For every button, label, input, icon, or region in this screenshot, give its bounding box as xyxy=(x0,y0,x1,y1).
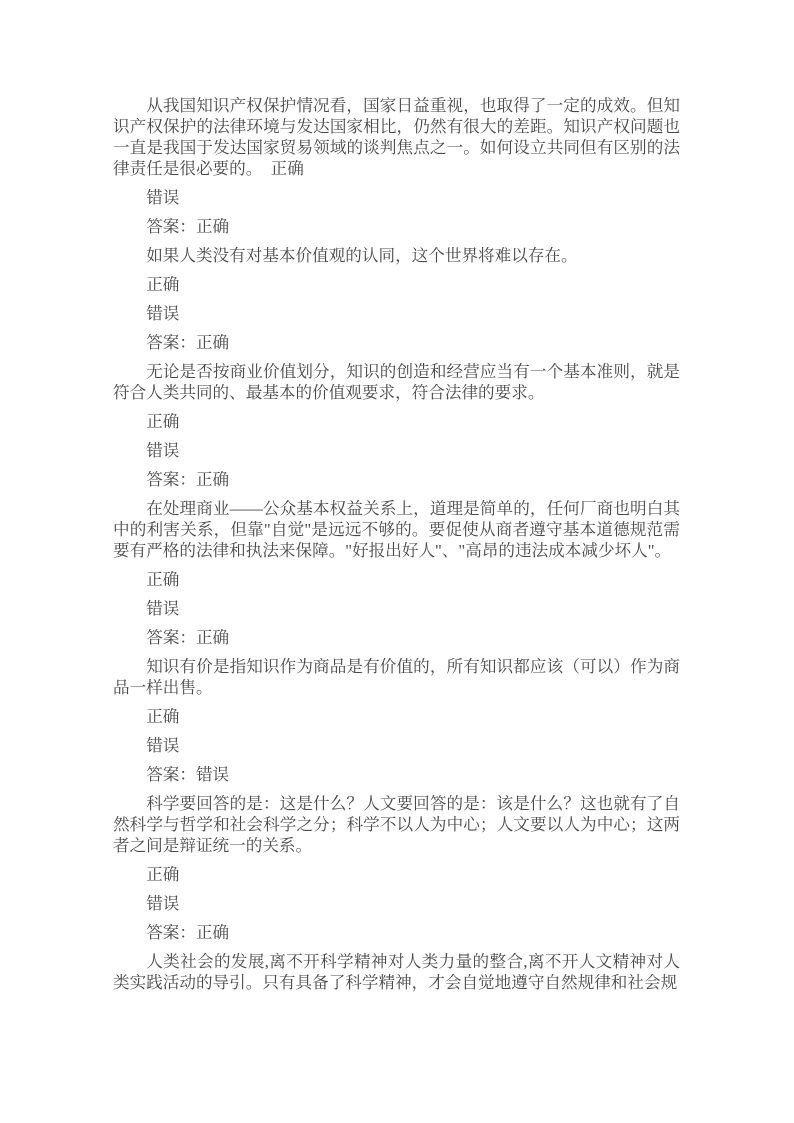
answer-line: 答案：正确 xyxy=(113,332,680,353)
document-content: 从我国知识产权保护情况看，国家日益重视，也取得了一定的成效。但知识产权保护的法律… xyxy=(113,95,680,1001)
answer-option: 错误 xyxy=(113,735,680,756)
answer-option: 错误 xyxy=(113,303,680,324)
answer-option: 正确 xyxy=(113,274,680,295)
question-statement: 人类社会的发展,离不开科学精神对人类力量的整合,离不开人文精神对人类实践活动的导… xyxy=(113,951,680,993)
answer-line: 答案：正确 xyxy=(113,627,680,648)
answer-line: 答案：正确 xyxy=(113,216,680,237)
answer-option: 正确 xyxy=(113,411,680,432)
answer-option: 错误 xyxy=(113,598,680,619)
answer-option: 正确 xyxy=(113,706,680,727)
question-statement: 在处理商业——公众基本权益关系上，道理是简单的，任何厂商也明白其中的利害关系，但… xyxy=(113,498,680,561)
answer-option: 正确 xyxy=(113,569,680,590)
answer-line: 答案：错误 xyxy=(113,764,680,785)
question-statement: 知识有价是指知识作为商品是有价值的，所有知识都应该（可以）作为商品一样出售。 xyxy=(113,656,680,698)
answer-line: 答案：正确 xyxy=(113,469,680,490)
question-statement: 如果人类没有对基本价值观的认同，这个世界将难以存在。 xyxy=(113,245,680,266)
answer-option: 正确 xyxy=(113,864,680,885)
question-statement: 科学要回答的是：这是什么？人文要回答的是：该是什么？这也就有了自然科学与哲学和社… xyxy=(113,793,680,856)
answer-option: 错误 xyxy=(113,893,680,914)
answer-line: 答案：正确 xyxy=(113,922,680,943)
document-page: 从我国知识产权保护情况看，国家日益重视，也取得了一定的成效。但知识产权保护的法律… xyxy=(0,0,794,1123)
question-statement: 从我国知识产权保护情况看，国家日益重视，也取得了一定的成效。但知识产权保护的法律… xyxy=(113,95,680,179)
answer-option: 错误 xyxy=(113,440,680,461)
answer-option: 错误 xyxy=(113,187,680,208)
question-statement: 无论是否按商业价值划分，知识的创造和经营应当有一个基本准则，就是符合人类共同的、… xyxy=(113,361,680,403)
